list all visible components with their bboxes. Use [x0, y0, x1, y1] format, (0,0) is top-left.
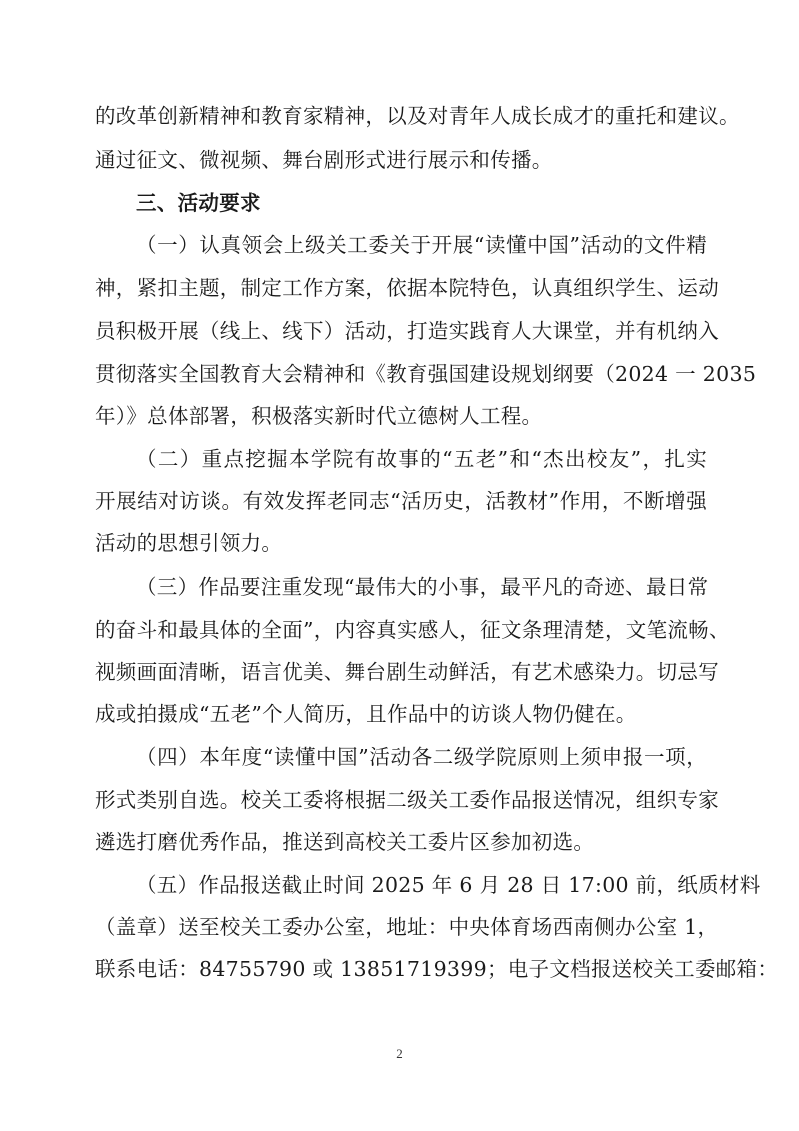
item-4-line: 形式类别自选。校关工委将根据二级关工委作品报送情况，组织专家	[95, 787, 707, 813]
item-5-line: （盖章）送至校关工委办公室，地址：中央体育场西南侧办公室 1，	[95, 914, 707, 940]
item-2-line: （二）重点挖掘本学院有故事的“五老”和“杰出校友”，扎实	[136, 446, 707, 472]
item-1-line: 员积极开展（线上、线下）活动，打造实践育人大课堂，并有机纳入	[95, 318, 707, 344]
document-page: 的改革创新精神和教育家精神，以及对青年人成长成才的重托和建议。 通过征文、微视频…	[0, 0, 799, 1131]
item-1-line: （一）认真领会上级关工委关于开展“读懂中国”活动的文件精	[136, 232, 707, 258]
item-4-line: 遴选打磨优秀作品，推送到高校关工委片区参加初选。	[95, 829, 707, 855]
item-1-line: 年）》总体部署，积极落实新时代立德树人工程。	[95, 403, 707, 429]
item-2-line: 开展结对访谈。有效发挥老同志“活历史，活教材”作用，不断增强	[95, 488, 707, 514]
section-heading: 三、活动要求	[136, 190, 748, 216]
item-3-line: （三）作品要注重发现“最伟大的小事，最平凡的奇迹、最日常	[136, 574, 707, 600]
paragraph-line: 的改革创新精神和教育家精神，以及对青年人成长成才的重托和建议。	[95, 103, 707, 129]
item-4-line: （四）本年度“读懂中国”活动各二级学院原则上须申报一项，	[136, 744, 707, 770]
item-2-line: 活动的思想引领力。	[95, 530, 707, 556]
item-5-line: 联系电话：84755790 或 13851719399；电子文档报送校关工委邮箱…	[95, 956, 707, 982]
page-number: 2	[0, 1046, 799, 1062]
paragraph-line: 通过征文、微视频、舞台剧形式进行展示和传播。	[95, 147, 707, 173]
item-5-line: （五）作品报送截止时间 2025 年 6 月 28 日 17:00 前，纸质材料	[136, 872, 707, 898]
item-3-line: 视频画面清晰，语言优美、舞台剧生动鲜活，有艺术感染力。切忌写	[95, 659, 707, 685]
item-3-line: 成或拍摄成“五老”个人简历，且作品中的访谈人物仍健在。	[95, 701, 707, 727]
item-3-line: 的奋斗和最具体的全面”，内容真实感人，征文条理清楚，文笔流畅、	[95, 617, 707, 643]
item-1-line: 神，紧扣主题，制定工作方案，依据本院特色，认真组织学生、运动	[95, 275, 707, 301]
item-1-line: 贯彻落实全国教育大会精神和《教育强国建设规划纲要（2024 一 2035	[95, 361, 707, 387]
